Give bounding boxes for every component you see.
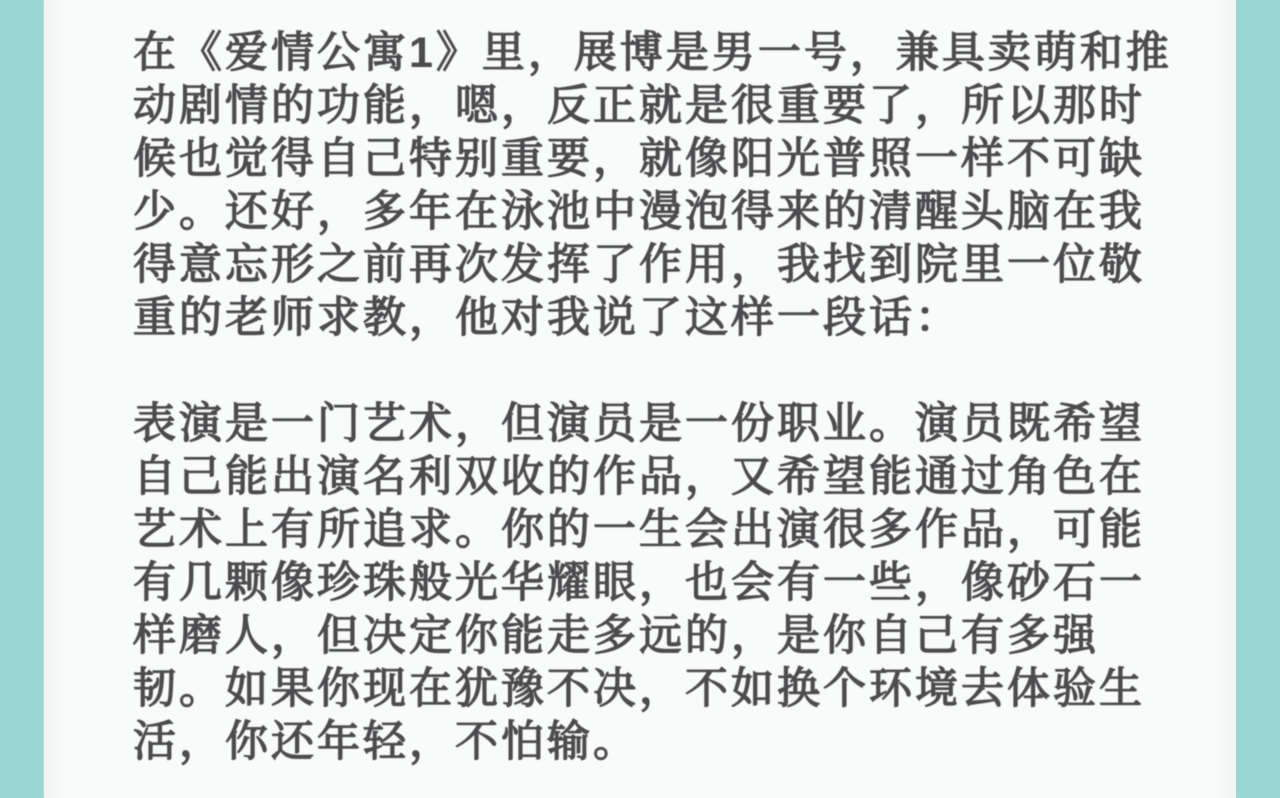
left-teal-stripe [0,0,44,798]
text-line: 有几颗像珍珠般光华耀眼，也会有一些，像砂石一 [133,557,1152,610]
text-line: 活，你还年轻，不怕输。 [133,716,1152,769]
text-line: 表演是一门艺术，但演员是一份职业。演员既希望 [133,398,1152,451]
text-line: 自己能出演名利双收的作品，又希望能通过角色在 [133,451,1152,504]
text-line: 在《爱情公寓1》里，展博是男一号，兼具卖萌和推 [133,27,1152,80]
text-line: 重的老师求教，他对我说了这样一段话： [133,292,1152,345]
text-line: 动剧情的功能，嗯，反正就是很重要了，所以那时 [133,80,1152,133]
text-line: 候也觉得自己特别重要，就像阳光普照一样不可缺 [133,133,1152,186]
text-content-area: 在《爱情公寓1》里，展博是男一号，兼具卖萌和推动剧情的功能，嗯，反正就是很重要了… [44,0,1236,798]
text-line: 少。还好，多年在泳池中漫泡得来的清醒头脑在我 [133,186,1152,239]
text-line: 韧。如果你现在犹豫不决，不如换个环境去体验生 [133,663,1152,716]
text-line: 艺术上有所追求。你的一生会出演很多作品，可能 [133,504,1152,557]
paragraph: 在《爱情公寓1》里，展博是男一号，兼具卖萌和推动剧情的功能，嗯，反正就是很重要了… [133,27,1152,345]
right-teal-stripe [1236,0,1280,798]
paragraph: 表演是一门艺术，但演员是一份职业。演员既希望自己能出演名利双收的作品，又希望能通… [133,398,1152,769]
text-line: 得意忘形之前再次发挥了作用，我找到院里一位敬 [133,239,1152,292]
photo-text-screenshot: 在《爱情公寓1》里，展博是男一号，兼具卖萌和推动剧情的功能，嗯，反正就是很重要了… [0,0,1280,798]
text-line: 样磨人，但决定你能走多远的，是你自己有多强 [133,610,1152,663]
